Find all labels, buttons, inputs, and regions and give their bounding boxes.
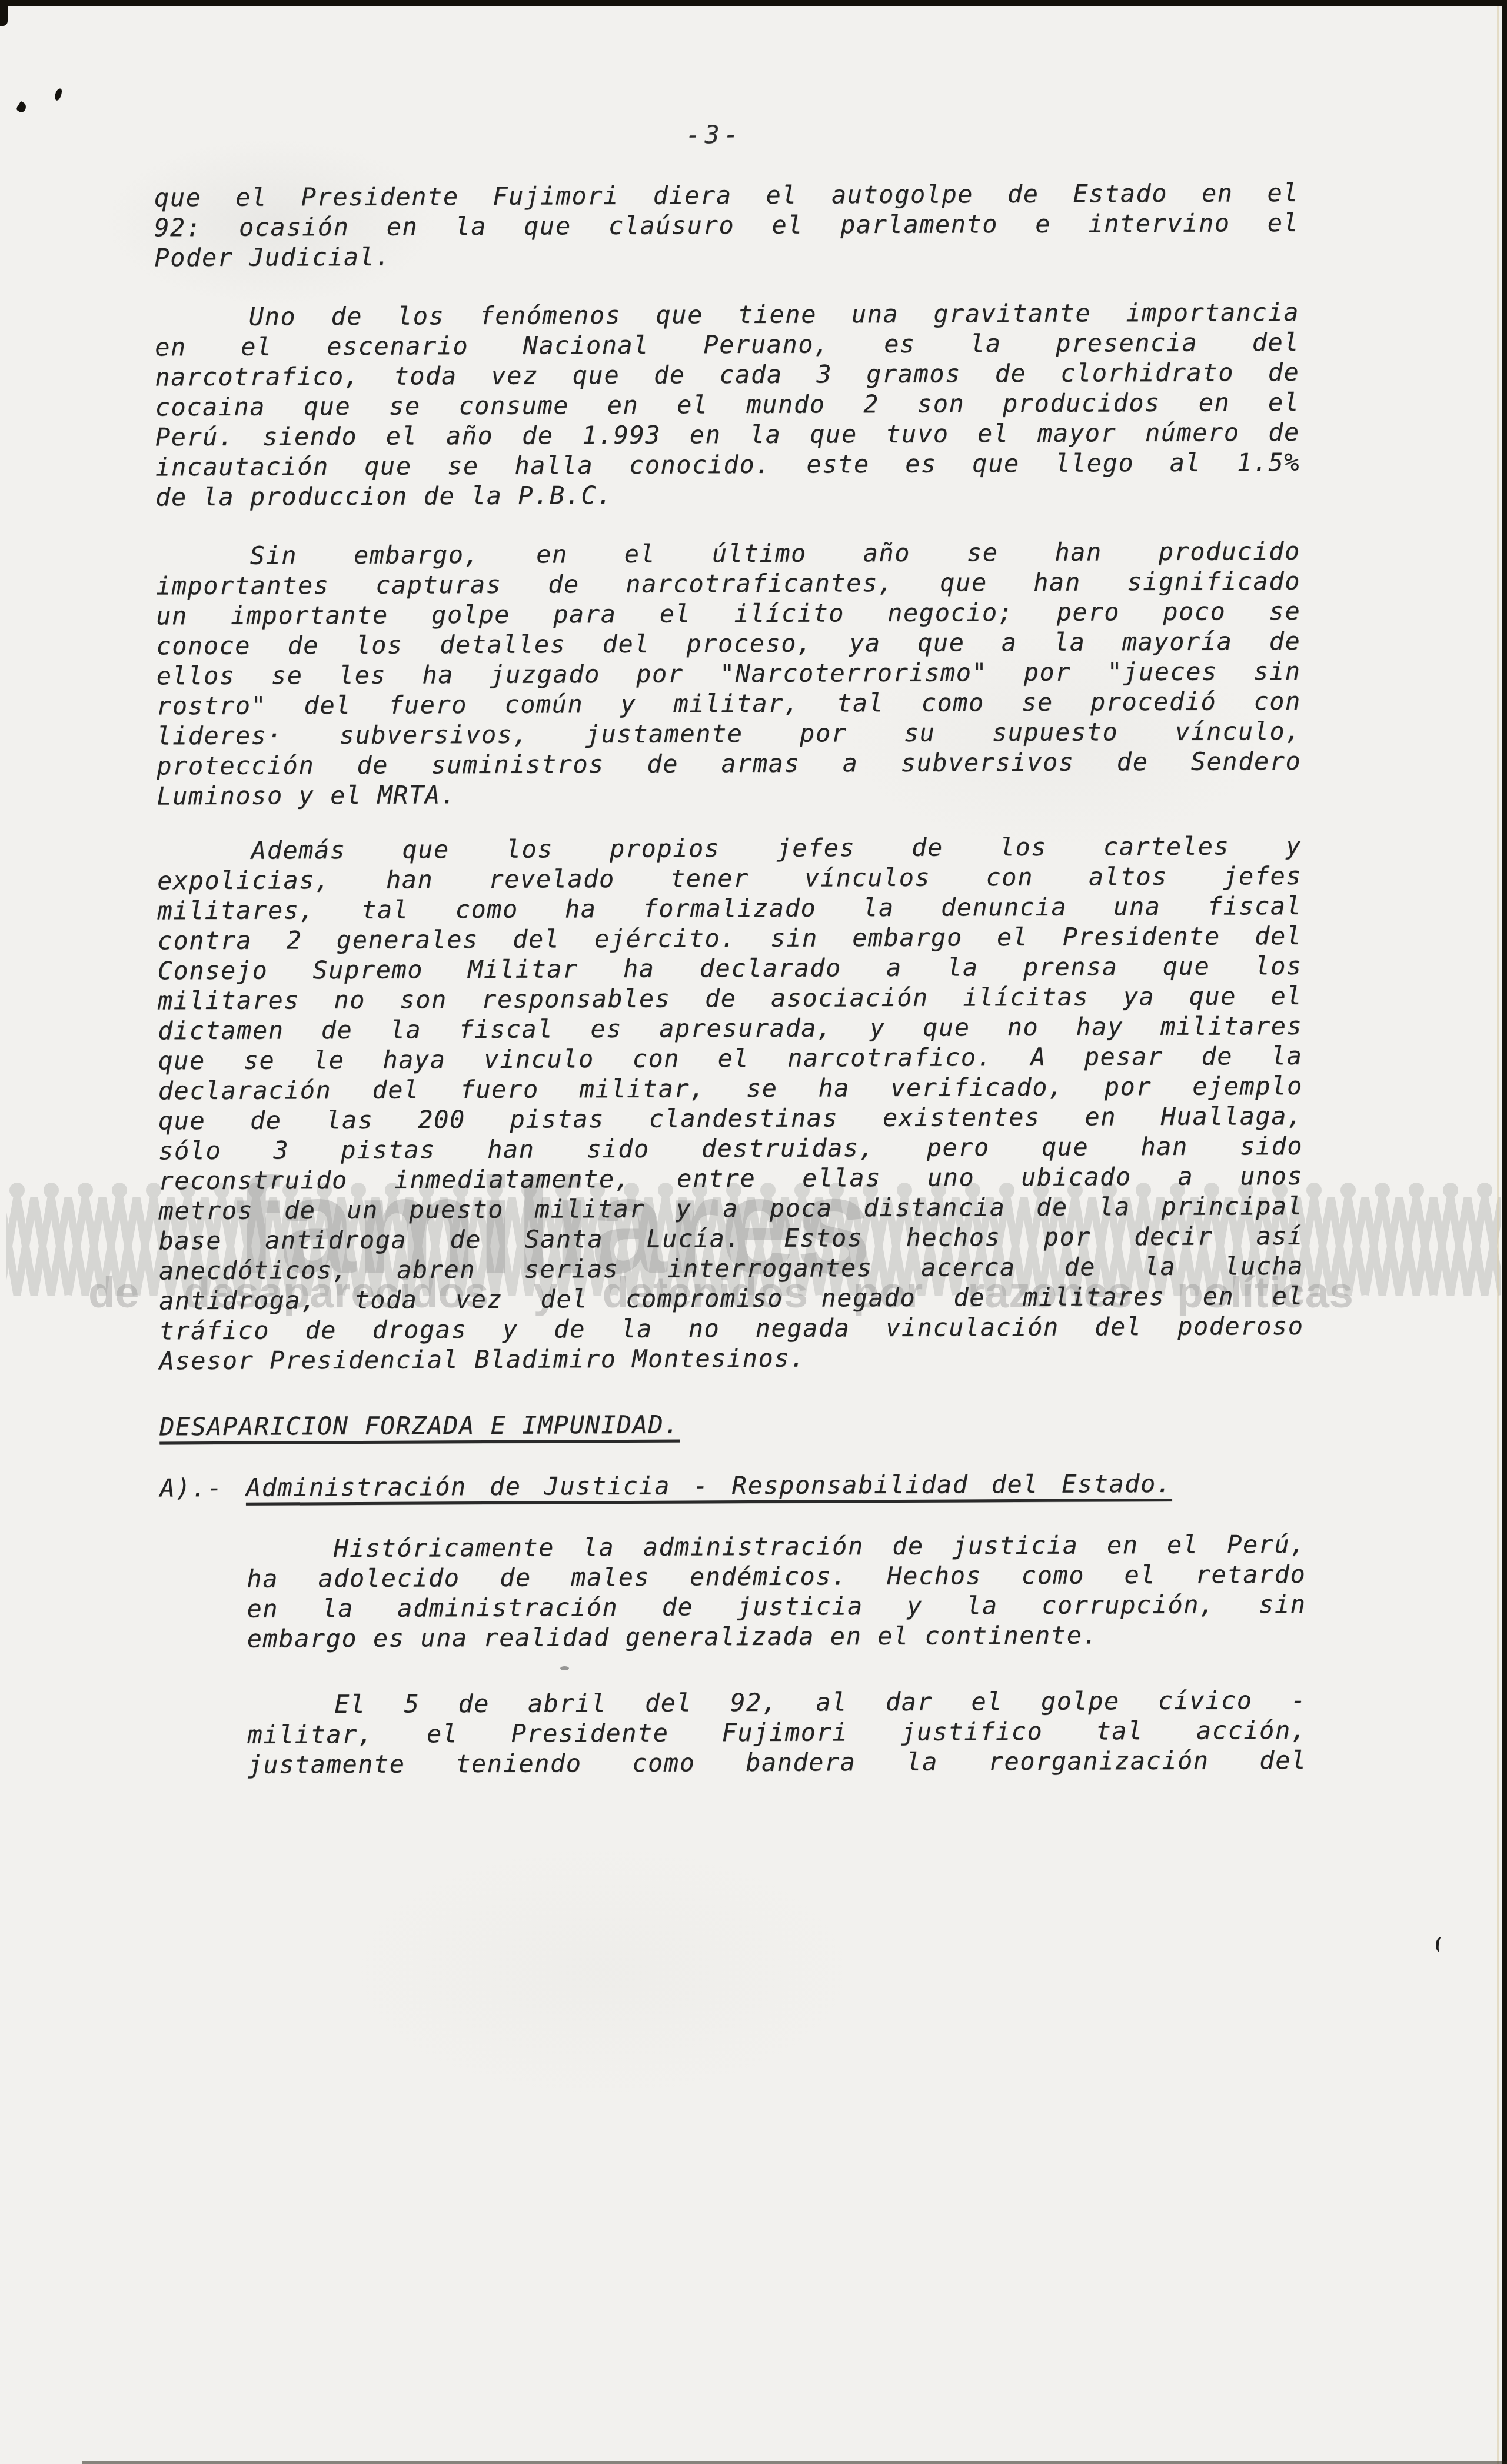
text-line: embargo es una realidad generalizada en … — [247, 1619, 1306, 1654]
text-line: protección de suministros de armas a sub… — [157, 746, 1301, 781]
text-line: El 5 de abril del 92, al dar el golpe cí… — [247, 1685, 1306, 1720]
text-line: metros de un puesto militar y a poca dis… — [158, 1191, 1303, 1226]
text-line: en el escenario Nacional Peruano, es la … — [155, 327, 1299, 362]
text-line: lideres· subversivos, justamente por su … — [157, 716, 1301, 751]
text-line: justamente teniendo como bandera la reor… — [248, 1745, 1307, 1780]
text-line: Consejo Supremo Militar ha declarado a l… — [158, 951, 1302, 985]
text-line: militares, tal como ha formalizado la de… — [157, 891, 1302, 925]
scan-edge-top — [0, 0, 1507, 6]
scan-edge-corner — [0, 0, 8, 26]
paragraph-narcotrafico: Uno de los fenómenos que tiene una gravi… — [155, 297, 1300, 512]
text-line: contra 2 generales del ejército. sin emb… — [157, 921, 1302, 955]
scan-edge-right — [1502, 3, 1507, 2464]
text-line: de la produccion de la P.B.C. — [155, 477, 1300, 512]
text-line: Históricamente la administración de just… — [247, 1529, 1306, 1564]
text-line: declaración del fuero militar, se ha ver… — [158, 1071, 1303, 1106]
text-line: cocaina que se consume en el mundo 2 son… — [155, 387, 1299, 422]
ink-speck — [560, 1666, 569, 1670]
scan-edge-bottom — [82, 2461, 1507, 2464]
text-line: reconstruido inmediatamente, entre ellas… — [158, 1161, 1303, 1196]
subsection-title-line: A).- Administración de Justicia - Respon… — [159, 1469, 1172, 1503]
text-line: Uno de los fenómenos que tiene una gravi… — [155, 297, 1299, 332]
text-line: incautación que se halla conocido. este … — [155, 447, 1300, 482]
document-content: -3- que el Presidente Fujimori diera el … — [0, 0, 1507, 2464]
text-line: un importante golpe para el ilícito nego… — [156, 596, 1300, 631]
text-line: Luminoso y el MRTA. — [157, 776, 1301, 811]
text-line: narcotrafico, toda vez que de cada 3 gra… — [155, 357, 1299, 392]
text-line: anecdóticos, abren serias interrogantes … — [159, 1251, 1303, 1286]
subsection-title: Administración de Justicia - Responsabil… — [246, 1469, 1172, 1502]
text-line: 92: ocasión en la que claúsuro el parlam… — [154, 208, 1299, 242]
text-line: ha adolecido de males endémicos. Hechos … — [247, 1559, 1306, 1594]
text-line: tráfico de drogas y de la no negada vinc… — [159, 1311, 1303, 1346]
text-line: expolicias, han revelado tener vínculos … — [157, 861, 1302, 895]
text-line: base antidroga de Santa Lucía. Estos hec… — [159, 1221, 1303, 1256]
paragraph-capturas: Sin embargo, en el último año se han pro… — [156, 536, 1302, 811]
text-line: Asesor Presidencial Bladimiro Montesinos… — [159, 1341, 1304, 1376]
text-line: antidroga, toda vez del compromiso negad… — [159, 1281, 1303, 1316]
text-line: sólo 3 pistas han sido destruidas, pero … — [158, 1131, 1303, 1166]
section-heading: DESAPARICION FORZADA E IMPUNIDAD. — [159, 1410, 680, 1442]
paragraph-golpe-civico-militar: El 5 de abril del 92, al dar el golpe cí… — [247, 1685, 1307, 1780]
scan-fold-line — [1497, 0, 1499, 2464]
text-line: dictamen de la fiscal es apresurada, y q… — [158, 1011, 1302, 1045]
text-line: militares no son responsables de asociac… — [158, 981, 1302, 1015]
paragraph-carteles: Además que los propios jefes de los cart… — [157, 831, 1304, 1376]
paragraph-administracion-justicia: Históricamente la administración de just… — [247, 1529, 1306, 1654]
paragraph-autogolpe: que el Presidente Fujimori diera el auto… — [154, 178, 1299, 272]
text-line: militar, el Presidente Fujimori justific… — [247, 1715, 1306, 1750]
text-line: que se le haya vinculo con el narcotrafi… — [158, 1041, 1302, 1075]
scanned-document-page: familiares de desaparecidos y detenidos … — [0, 0, 1507, 2464]
text-line: Poder Judicial. — [154, 238, 1299, 272]
text-line: ellos se les ha juzgado por "Narcoterror… — [156, 656, 1300, 691]
page-number: -3- — [649, 119, 779, 150]
text-line: que de las 200 pistas clandestinas exist… — [158, 1101, 1303, 1136]
text-line: Sin embargo, en el último año se han pro… — [156, 536, 1300, 571]
text-line: conoce de los detalles del proceso, ya q… — [156, 626, 1300, 661]
text-line: en la administración de justicia y la co… — [247, 1589, 1306, 1624]
text-line: rostro" del fuero común y militar, tal c… — [157, 686, 1301, 721]
text-line: importantes capturas de narcotraficantes… — [156, 566, 1300, 601]
text-line: que el Presidente Fujimori diera el auto… — [154, 178, 1299, 212]
subsection-label: A).- — [160, 1473, 246, 1503]
text-line: Además que los propios jefes de los cart… — [157, 831, 1302, 865]
text-line: Perú. siendo el año de 1.993 en la que t… — [155, 417, 1300, 452]
